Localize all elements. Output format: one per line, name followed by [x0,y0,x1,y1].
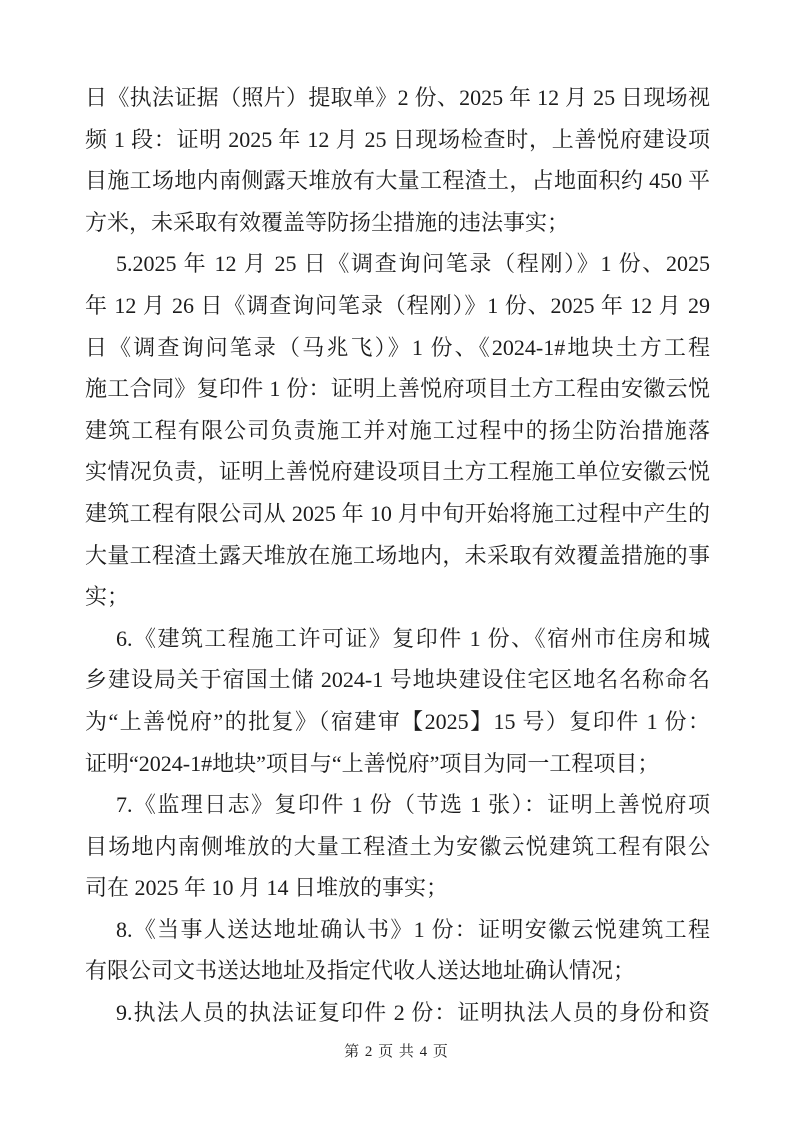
text-line: 实情况负责，证明上善悦府建设项目土方工程施工单位安徽云悦 [85,451,710,493]
page-footer: 第 2 页 共 4 页 [0,1040,793,1061]
text-line: 目施工场地内南侧露天堆放有大量工程渣土，占地面积约 450 平 [85,160,710,202]
text-line: 建筑工程有限公司负责施工并对施工过程中的扬尘防治措施落 [85,410,710,452]
text-line: 有限公司文书送达地址及指定代收人送达地址确认情况； [85,950,710,992]
text-line: 实； [85,576,710,618]
text-line: 司在 2025 年 10 月 14 日堆放的事实； [85,867,710,909]
text-line: 施工合同》复印件 1 份：证明上善悦府项目土方工程由安徽云悦 [85,368,710,410]
paragraph: 5.2025 年 12 月 25 日《调查询问笔录（程刚）》1 份、2025年 … [85,243,710,617]
text-line: 6.《建筑工程施工许可证》复印件 1 份、《宿州市住房和城 [85,618,710,660]
text-line: 目场地内南侧堆放的大量工程渣土为安徽云悦建筑工程有限公 [85,826,710,868]
text-line: 为“上善悦府”的批复》（宿建审【2025】15 号）复印件 1 份： [85,701,710,743]
document-body: 日《执法证据（照片）提取单》2 份、2025 年 12 月 25 日现场视频 1… [85,77,710,1034]
text-line: 方米，未采取有效覆盖等防扬尘措施的违法事实； [85,202,710,244]
text-line: 7.《监理日志》复印件 1 份（节选 1 张）：证明上善悦府项 [85,784,710,826]
text-line: 9.执法人员的执法证复印件 2 份：证明执法人员的身份和资 [85,992,710,1034]
text-line: 证明“2024-1#地块”项目与“上善悦府”项目为同一工程项目； [85,743,710,785]
text-line: 频 1 段：证明 2025 年 12 月 25 日现场检查时，上善悦府建设项 [85,119,710,161]
text-line: 日《执法证据（照片）提取单》2 份、2025 年 12 月 25 日现场视 [85,77,710,119]
text-line: 乡建设局关于宿国土储 2024-1 号地块建设住宅区地名名称命名 [85,659,710,701]
text-line: 建筑工程有限公司从 2025 年 10 月中旬开始将施工过程中产生的 [85,493,710,535]
paragraph: 6.《建筑工程施工许可证》复印件 1 份、《宿州市住房和城乡建设局关于宿国土储 … [85,618,710,784]
text-line: 大量工程渣土露天堆放在施工场地内，未采取有效覆盖措施的事 [85,535,710,577]
paragraph: 8.《当事人送达地址确认书》1 份：证明安徽云悦建筑工程有限公司文书送达地址及指… [85,909,710,992]
paragraph: 日《执法证据（照片）提取单》2 份、2025 年 12 月 25 日现场视频 1… [85,77,710,243]
paragraph: 9.执法人员的执法证复印件 2 份：证明执法人员的身份和资 [85,992,710,1034]
document-page: 日《执法证据（照片）提取单》2 份、2025 年 12 月 25 日现场视频 1… [0,0,793,1122]
paragraph: 7.《监理日志》复印件 1 份（节选 1 张）：证明上善悦府项目场地内南侧堆放的… [85,784,710,909]
text-line: 5.2025 年 12 月 25 日《调查询问笔录（程刚）》1 份、2025 [85,243,710,285]
text-line: 8.《当事人送达地址确认书》1 份：证明安徽云悦建筑工程 [85,909,710,951]
text-line: 年 12 月 26 日《调查询问笔录（程刚）》1 份、2025 年 12 月 2… [85,285,710,327]
text-line: 日《调查询问笔录（马兆飞）》1 份、《2024-1#地块土方工程 [85,327,710,369]
